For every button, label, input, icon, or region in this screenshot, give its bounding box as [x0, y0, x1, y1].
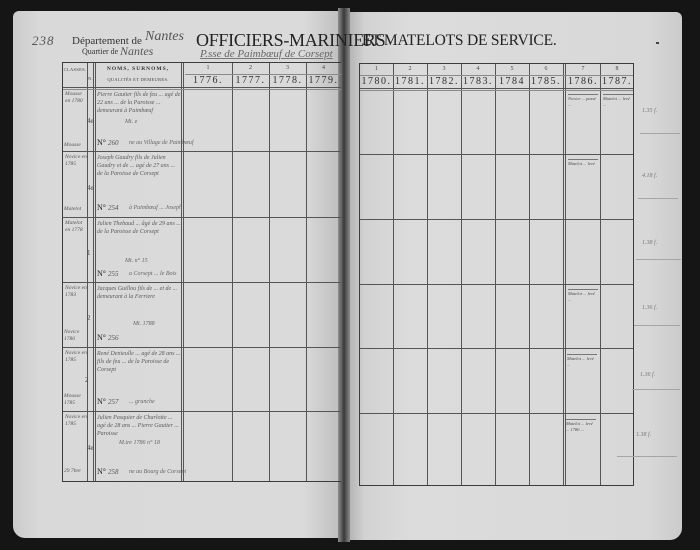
year-1779: 1779.: [306, 75, 341, 86]
entry-text: Julien Pasquier de Charlotte ... agé de …: [97, 414, 181, 438]
entry-classe-bottom: Mousse: [64, 142, 81, 149]
entry-number: N° 255: [97, 269, 118, 278]
col-num-1: 1: [184, 65, 232, 71]
entry-text: Pierre Gautier fils de feu ... agé de 22…: [97, 91, 181, 115]
margin-rule: [634, 325, 680, 326]
col-num-1: 1: [360, 66, 393, 72]
right-register-table: 1 2 3 4 5 6 7 8 1780. 1781. 1782. 1783. …: [359, 63, 634, 486]
entry-classe-bottom: Mousse 1785: [64, 393, 86, 407]
entry-number: N° 256: [97, 333, 118, 342]
header-names: NOMS, SURNOMS,: [96, 66, 180, 72]
handwritten-subtitle: P.sse de Paimbœuf de Corsept: [200, 48, 333, 60]
entry-mark: Mt. e: [125, 119, 137, 125]
department-value: Nantes: [145, 29, 184, 45]
entry-note: a Corsept ... le Bois: [129, 271, 189, 277]
year-1785: 1785.: [529, 76, 563, 87]
entry-class-digit: 4e: [87, 444, 94, 452]
header-classes-sub: [63, 77, 87, 82]
entry-class-digit: 2: [87, 314, 91, 322]
register-spread: 238 Département de Nantes Quartier de Na…: [0, 0, 700, 550]
margin-rule: [638, 198, 678, 199]
margin-note-row2: 4.18 f.: [642, 173, 657, 179]
entry-classe: Novice en 1783: [65, 285, 87, 299]
annotation-1786-row2: Matelot ... levé: [568, 159, 598, 167]
entry-class-digit: 4e: [87, 117, 94, 125]
year-1776: 1776.: [184, 75, 232, 86]
col-num-2: 2: [232, 65, 269, 71]
entry-class-digit: 2: [85, 376, 89, 384]
year-1780: 1780.: [360, 76, 393, 87]
ink-mark: [656, 42, 659, 44]
page-number: 238: [32, 33, 55, 49]
entry-number: N° 260: [97, 138, 118, 147]
entry-classe: Matelot en 1778: [65, 220, 87, 234]
entry-classe: Novice en 1785: [65, 350, 87, 364]
margin-rule: [636, 259, 681, 260]
entry-text: Julien Thebaud ... âgé de 29 ans ... de …: [97, 220, 181, 236]
annotation-1787-row1: Matelot ... levé ...: [603, 94, 633, 107]
entry-number: N° 254: [97, 203, 118, 212]
margin-note-row6: 1.38 f.: [636, 432, 651, 438]
entry-classe-bottom: Matelot: [64, 206, 81, 213]
entry-text: Jacques Guillou fils de ... et de ... de…: [97, 285, 181, 301]
col-num-2: 2: [393, 66, 427, 72]
col-num-6: 6: [529, 66, 563, 72]
entry-classe-bottom: Novice 1786: [64, 329, 86, 343]
margin-rule: [617, 456, 677, 457]
entry-class-digit: 1: [87, 249, 91, 257]
entry-mark: M.tre 1786 n° 18: [119, 440, 160, 446]
annotation-1786-row5: Matelot ... levé ...: [567, 354, 597, 367]
entry-note: à Paimbœuf ... Joseph: [129, 205, 249, 211]
margin-note-row1: 1.35 f.: [642, 108, 657, 114]
entry-note: ne au Village de Paimbœuf: [129, 140, 249, 146]
year-1784: 1784: [495, 76, 529, 87]
entry-text: Joseph Gaudry fils de Julien Gaudry et d…: [97, 154, 181, 178]
year-1782: 1782.: [427, 76, 461, 87]
col-num-7: 7: [566, 66, 600, 72]
entry-mark: Mt. n° 15: [125, 258, 148, 264]
entry-number: N° 257: [97, 397, 118, 406]
header-number: N.: [87, 76, 94, 81]
quartier-label: Quartier de: [82, 47, 118, 56]
col-num-3: 3: [269, 65, 306, 71]
year-1778: 1778.: [269, 75, 306, 86]
margin-rule: [632, 389, 680, 390]
year-1786: 1786.: [566, 76, 600, 87]
year-1781: 1781.: [393, 76, 427, 87]
entry-classe-bottom: 29 7bre: [64, 468, 81, 475]
margin-note-row3: 1.38 f.: [642, 240, 657, 246]
entry-classe: Novice en 1785: [65, 414, 87, 428]
col-num-8: 8: [600, 66, 634, 72]
year-1777: 1777.: [232, 75, 269, 86]
margin-rule: [640, 133, 680, 134]
annotation-1786-row6: Matelot ... levé ... 1786 ...: [566, 419, 596, 432]
year-1787: 1787.: [600, 76, 634, 87]
margin-note-row4: 1.36 f.: [642, 305, 657, 311]
quartier-value: Nantes: [120, 44, 153, 59]
annotation-1786-row1: Novice ... passé ...: [568, 94, 598, 107]
col-num-5: 5: [495, 66, 529, 72]
entry-number: N° 258: [97, 467, 118, 476]
col-num-3: 3: [427, 66, 461, 72]
entry-note: ... granche: [129, 399, 155, 405]
header-names-sub: QUALITÉS ET DEMEURES.: [96, 77, 180, 82]
left-register-table: CLASSES. N. NOMS, SURNOMS, QUALITÉS ET D…: [62, 62, 341, 482]
entry-classe: Novice en 1785: [65, 154, 87, 168]
col-num-4: 4: [461, 66, 495, 72]
col-num-4: 4: [306, 65, 341, 71]
year-1783: 1783.: [461, 76, 495, 87]
entry-note: ne au Bourg de Corsept: [129, 469, 249, 475]
margin-note-row5: 1.36 f.: [640, 372, 655, 378]
entry-text: René Denieulle ... agé de 28 ans ... fil…: [97, 350, 181, 374]
page-title-right: ET MATELOTS DE SERVICE.: [362, 32, 557, 50]
entry-classe: Mousse en 1780: [65, 91, 87, 105]
annotation-1786-row4: Matelot ... levé ...: [568, 289, 598, 302]
entry-mark: Mt. 1788: [133, 321, 155, 327]
entry-class-digit: 4e: [87, 184, 94, 192]
header-classes: CLASSES.: [63, 67, 87, 72]
